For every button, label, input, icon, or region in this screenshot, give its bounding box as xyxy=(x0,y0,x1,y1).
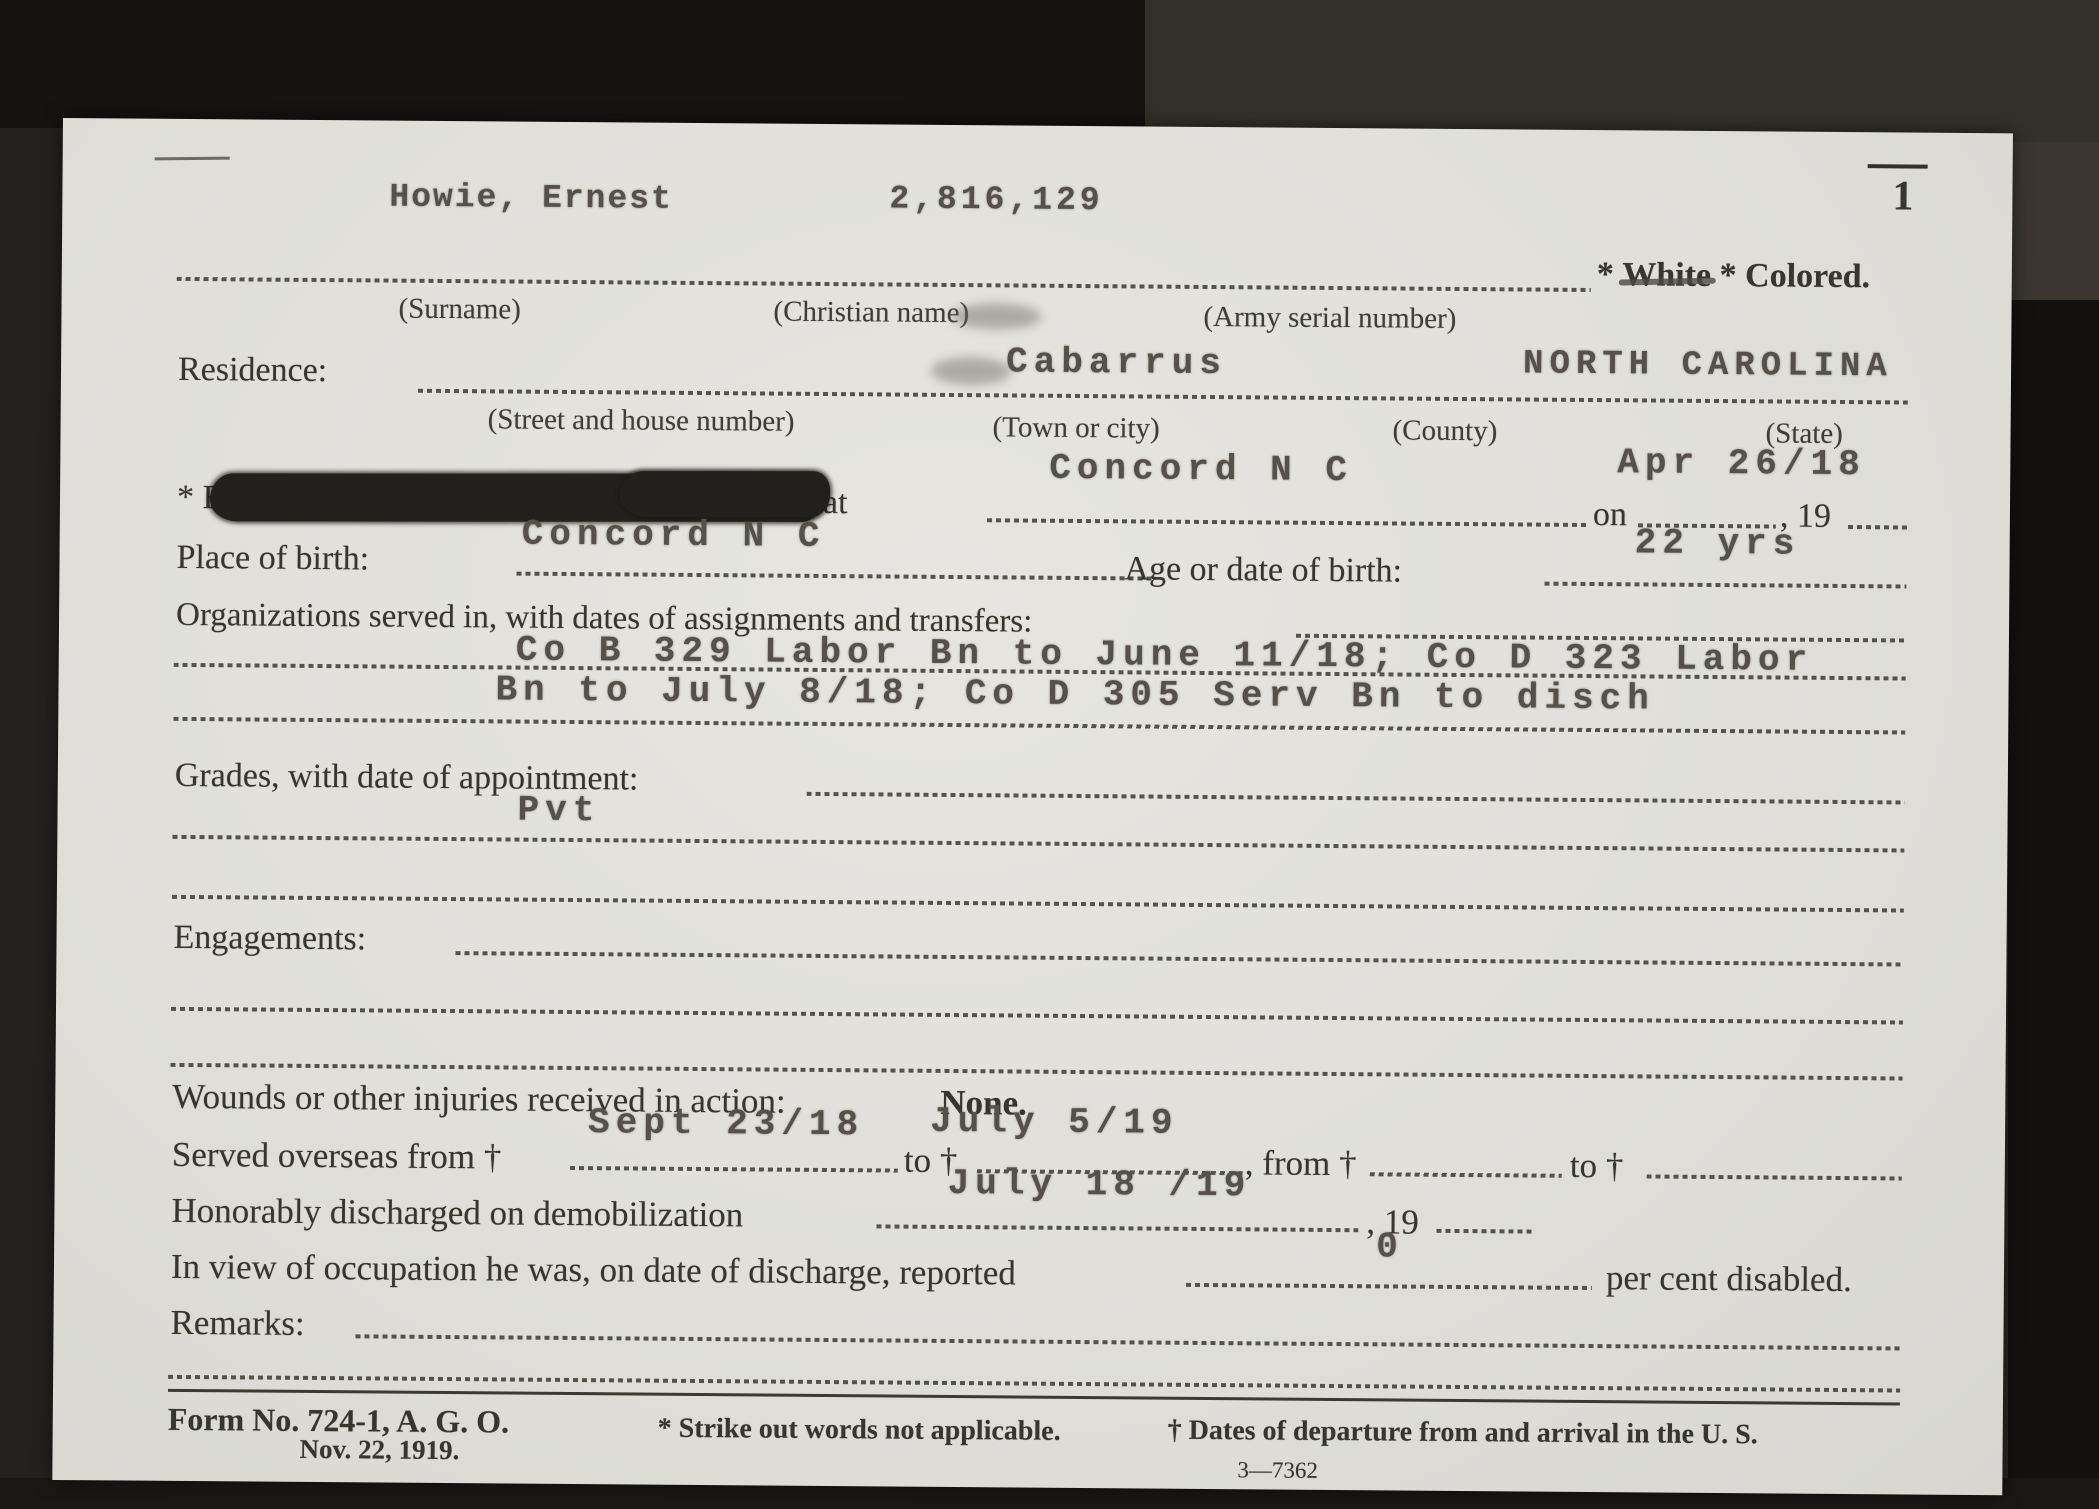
discharge-dotted-line-2 xyxy=(1436,1229,1532,1234)
grades-dotted-line-3 xyxy=(172,895,1904,913)
race-white-struck: White xyxy=(1622,256,1711,295)
grades-dotted-line-2 xyxy=(172,835,1904,853)
christian-name-label: (Christian name) xyxy=(773,296,969,331)
engagements-dotted-line-2 xyxy=(171,1007,1903,1025)
disability-suffix-label: per cent disabled. xyxy=(1606,1258,1852,1300)
discharge-dotted-line-1 xyxy=(876,1224,1358,1232)
residence-state-value: NORTH CAROLINA xyxy=(1523,345,1893,386)
footer-dotted-rule xyxy=(168,1375,1900,1393)
engagements-dotted-line-1 xyxy=(455,951,1903,966)
grades-dotted-line-1 xyxy=(807,792,1905,805)
scan-background-top-right xyxy=(1145,0,2099,142)
year-dotted-line xyxy=(1848,525,1908,529)
scan-background-right-dark xyxy=(2008,300,2099,1509)
overseas-dotted-line-1 xyxy=(570,1166,898,1173)
discharge-label: Honorably discharged on demobilization xyxy=(171,1191,743,1235)
organizations-line2-value: Bn to July 8/18; Co D 305 Serv Bn to dis… xyxy=(495,669,1655,719)
age-value: 22 yrs xyxy=(1635,522,1801,564)
street-label: (Street and house number) xyxy=(488,403,795,438)
disability-dotted-line xyxy=(1186,1283,1592,1290)
engagements-dotted-line-3 xyxy=(171,1063,1903,1081)
page-number: 1 xyxy=(1892,172,1913,220)
grades-value: Pvt xyxy=(517,790,600,832)
ink-smudge xyxy=(951,303,1041,330)
scanned-card-photo: 1 Howie, Ernest 2,816,129 * White * Colo… xyxy=(0,0,2099,1509)
remarks-label: Remarks: xyxy=(170,1303,304,1344)
service-record-card: 1 Howie, Ernest 2,816,129 * White * Colo… xyxy=(52,118,2013,1495)
print-code: 3—7362 xyxy=(1237,1457,1318,1484)
ink-smudge-residence xyxy=(931,357,1011,386)
marker-strikeout-blob-bump xyxy=(620,471,830,517)
on-label: on xyxy=(1593,496,1627,534)
race-colored: Colored. xyxy=(1745,257,1870,295)
disability-value: 0 xyxy=(1376,1226,1404,1267)
scan-background-top-left xyxy=(0,0,1145,128)
overseas-from1-value: Sept 23/18 xyxy=(588,1102,864,1145)
county-label: (County) xyxy=(1392,414,1497,448)
inducted-dotted-line xyxy=(987,518,1587,527)
remarks-dotted-line xyxy=(355,1334,1900,1350)
overseas-to2-label: to † xyxy=(1570,1146,1624,1186)
dagger-note: † Dates of departure from and arrival in… xyxy=(1168,1415,1758,1452)
disability-label: In view of occupation he was, on date of… xyxy=(171,1247,1016,1294)
form-date: Nov. 22, 1919. xyxy=(299,1434,459,1466)
page-number-overbar xyxy=(1868,164,1928,168)
engagements-label: Engagements: xyxy=(173,919,366,959)
residence-county-value: Cabarrus xyxy=(1006,341,1227,384)
inducted-date-value: Apr 26/18 xyxy=(1617,442,1866,485)
army-serial-value: 2,816,129 xyxy=(889,180,1104,219)
surname-label: (Surname) xyxy=(398,293,521,327)
organizations-dotted-line-3 xyxy=(173,717,1905,735)
place-of-birth-label: Place of birth: xyxy=(176,539,369,579)
residence-label: Residence: xyxy=(178,351,327,390)
strike-note: * Strike out words not applicable. xyxy=(658,1413,1061,1448)
race-star2: * xyxy=(1719,257,1736,294)
overseas-dotted-line-4 xyxy=(1647,1174,1902,1180)
army-serial-label: (Army serial number) xyxy=(1203,301,1456,336)
scan-background-right xyxy=(2008,142,2099,302)
place-of-birth-value: Concord N C xyxy=(522,514,826,557)
age-label: Age or date of birth: xyxy=(1124,550,1402,590)
race-selection: * White * Colored. xyxy=(1597,256,1871,296)
inducted-place-value: Concord N C xyxy=(1049,448,1353,491)
residence-dotted-line xyxy=(418,389,1908,405)
surname-christian-value: Howie, Ernest xyxy=(389,179,673,218)
birth-dotted-line xyxy=(516,572,1153,581)
discharge-date-value: July 18 /19 xyxy=(947,1163,1251,1206)
served-overseas-label: Served overseas from † xyxy=(172,1135,502,1178)
overseas-dotted-line-3 xyxy=(1370,1172,1562,1178)
age-dotted-line xyxy=(1544,582,1906,589)
overseas-from2-label: , from † xyxy=(1245,1143,1357,1184)
town-label: (Town or city) xyxy=(992,411,1159,445)
overseas-to1-value: July 5/19 xyxy=(930,1101,1179,1144)
race-star1: * xyxy=(1597,256,1614,293)
stray-mark xyxy=(155,157,230,161)
name-row-dotted-line xyxy=(177,277,1591,292)
